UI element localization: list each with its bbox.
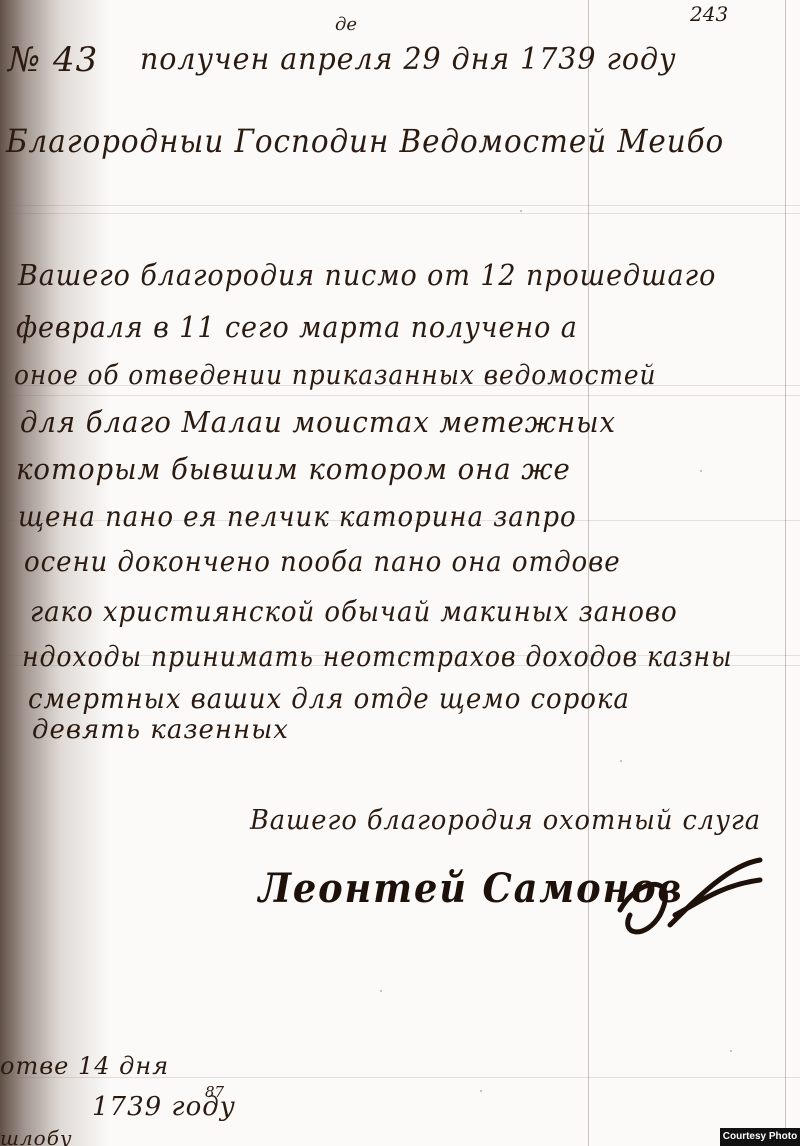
ruled-line xyxy=(0,213,800,214)
speck xyxy=(700,470,702,472)
body-line: щена пано ея пелчик каторина запро xyxy=(18,500,577,533)
speck xyxy=(730,1050,732,1052)
manuscript-page: 243 № 43 получен апреля 29 дня 1739 году… xyxy=(0,0,800,1146)
speck xyxy=(380,990,382,992)
signature-flourish-icon xyxy=(600,855,770,945)
margin-note-line3: шлобу xyxy=(0,1126,73,1146)
ruled-line xyxy=(0,205,800,206)
margin-note-line1: отве 14 дня xyxy=(0,1052,169,1080)
body-line: ндоходы принимать неотстрахов доходов ка… xyxy=(22,640,732,673)
body-line: смертных ваших для отде щемо сорока xyxy=(28,682,630,715)
closing-line: Вашего благородия охотный слуга xyxy=(250,805,761,836)
courtesy-photo-label: Courtesy Photo xyxy=(720,1128,800,1146)
speck xyxy=(620,760,622,762)
speck xyxy=(480,1090,482,1092)
margin-note-superscript: 87 xyxy=(205,1083,224,1101)
date-superscript: де xyxy=(335,14,357,35)
body-line: февраля в 11 сего марта получено а xyxy=(16,310,578,344)
body-line: осени докончено пооба пано она отдове xyxy=(24,545,621,578)
body-line: Вашего благородия писмо от 12 прошедшаго xyxy=(18,258,716,292)
folio-number: 243 xyxy=(690,2,728,26)
entry-label: № 43 xyxy=(8,40,98,80)
received-line: получен апреля 29 дня 1739 году xyxy=(140,42,676,77)
body-line: которым бывшим котором она же xyxy=(16,452,571,486)
body-line: оное об отведении приказанных ведомостей xyxy=(14,360,656,391)
speck xyxy=(520,210,522,212)
margin-rule xyxy=(785,0,786,1146)
body-line: для благо Малаи моистах метежных xyxy=(20,405,616,439)
body-line: гако християнской обычай макиных заново xyxy=(30,595,678,628)
body-line: девять казенных xyxy=(32,715,289,745)
ruled-line xyxy=(0,395,800,396)
addressee-line: Благородныи Господин Ведомостей Меибо xyxy=(6,122,724,160)
